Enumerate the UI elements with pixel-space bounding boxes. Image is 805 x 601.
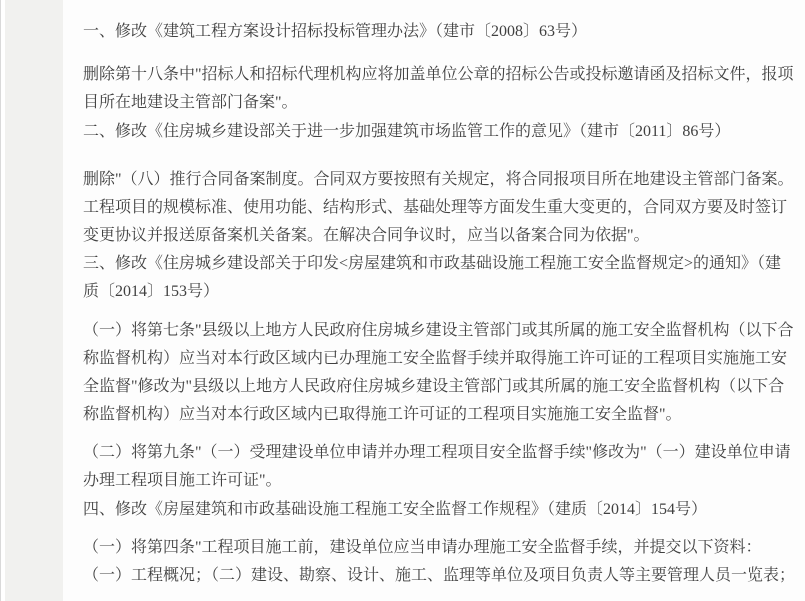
paragraph-delete-article-18: 删除第十八条中"招标人和招标代理机构应将加盖单位公章的招标公告或投标邀请函及招标… (83, 61, 797, 117)
window-left-border (0, 0, 1, 601)
paragraph-amend-article-7: （一）将第七条"县级以上地方人民政府住房城乡建设主管部门或其所属的施工安全监督机… (83, 317, 797, 429)
paragraph-amend-article-9: （二）将第九条"（一）受理建设单位申请并办理工程项目安全监督手续"修改为"（一）… (83, 439, 797, 495)
document-content: 一、修改《建筑工程方案设计招标投标管理办法》（建市〔2008〕63号） 删除第十… (63, 0, 805, 601)
heading-modify-safety-supervision-notice: 三、修改《住房城乡建设部关于印发<房屋建筑和市政基础设施工程施工安全监督规定>的… (83, 250, 797, 306)
page-left-gutter (5, 0, 63, 601)
paragraph-delete-contract-filing: 删除"（八）推行合同备案制度。合同双方要按照有关规定，将合同报项目所在地建设主管… (83, 166, 797, 250)
paragraph-required-materials-list: （一）工程概况；（二）建设、勘察、设计、施工、监理等单位及项目负责人等主要管理人… (83, 562, 797, 590)
paragraph-amend-article-4-intro: （一）将第四条"工程项目施工前，建设单位应当申请办理施工安全监督手续，并提交以下… (83, 534, 797, 562)
heading-modify-safety-work-rules: 四、修改《房屋建筑和市政基础设施工程施工安全监督工作规程》（建质〔2014〕15… (83, 496, 797, 524)
heading-modify-market-supervision-opinion: 二、修改《住房城乡建设部关于进一步加强建筑市场监管工作的意见》（建市〔2011〕… (83, 118, 797, 146)
heading-modify-bidding-measures: 一、修改《建筑工程方案设计招标投标管理办法》（建市〔2008〕63号） (83, 18, 797, 46)
